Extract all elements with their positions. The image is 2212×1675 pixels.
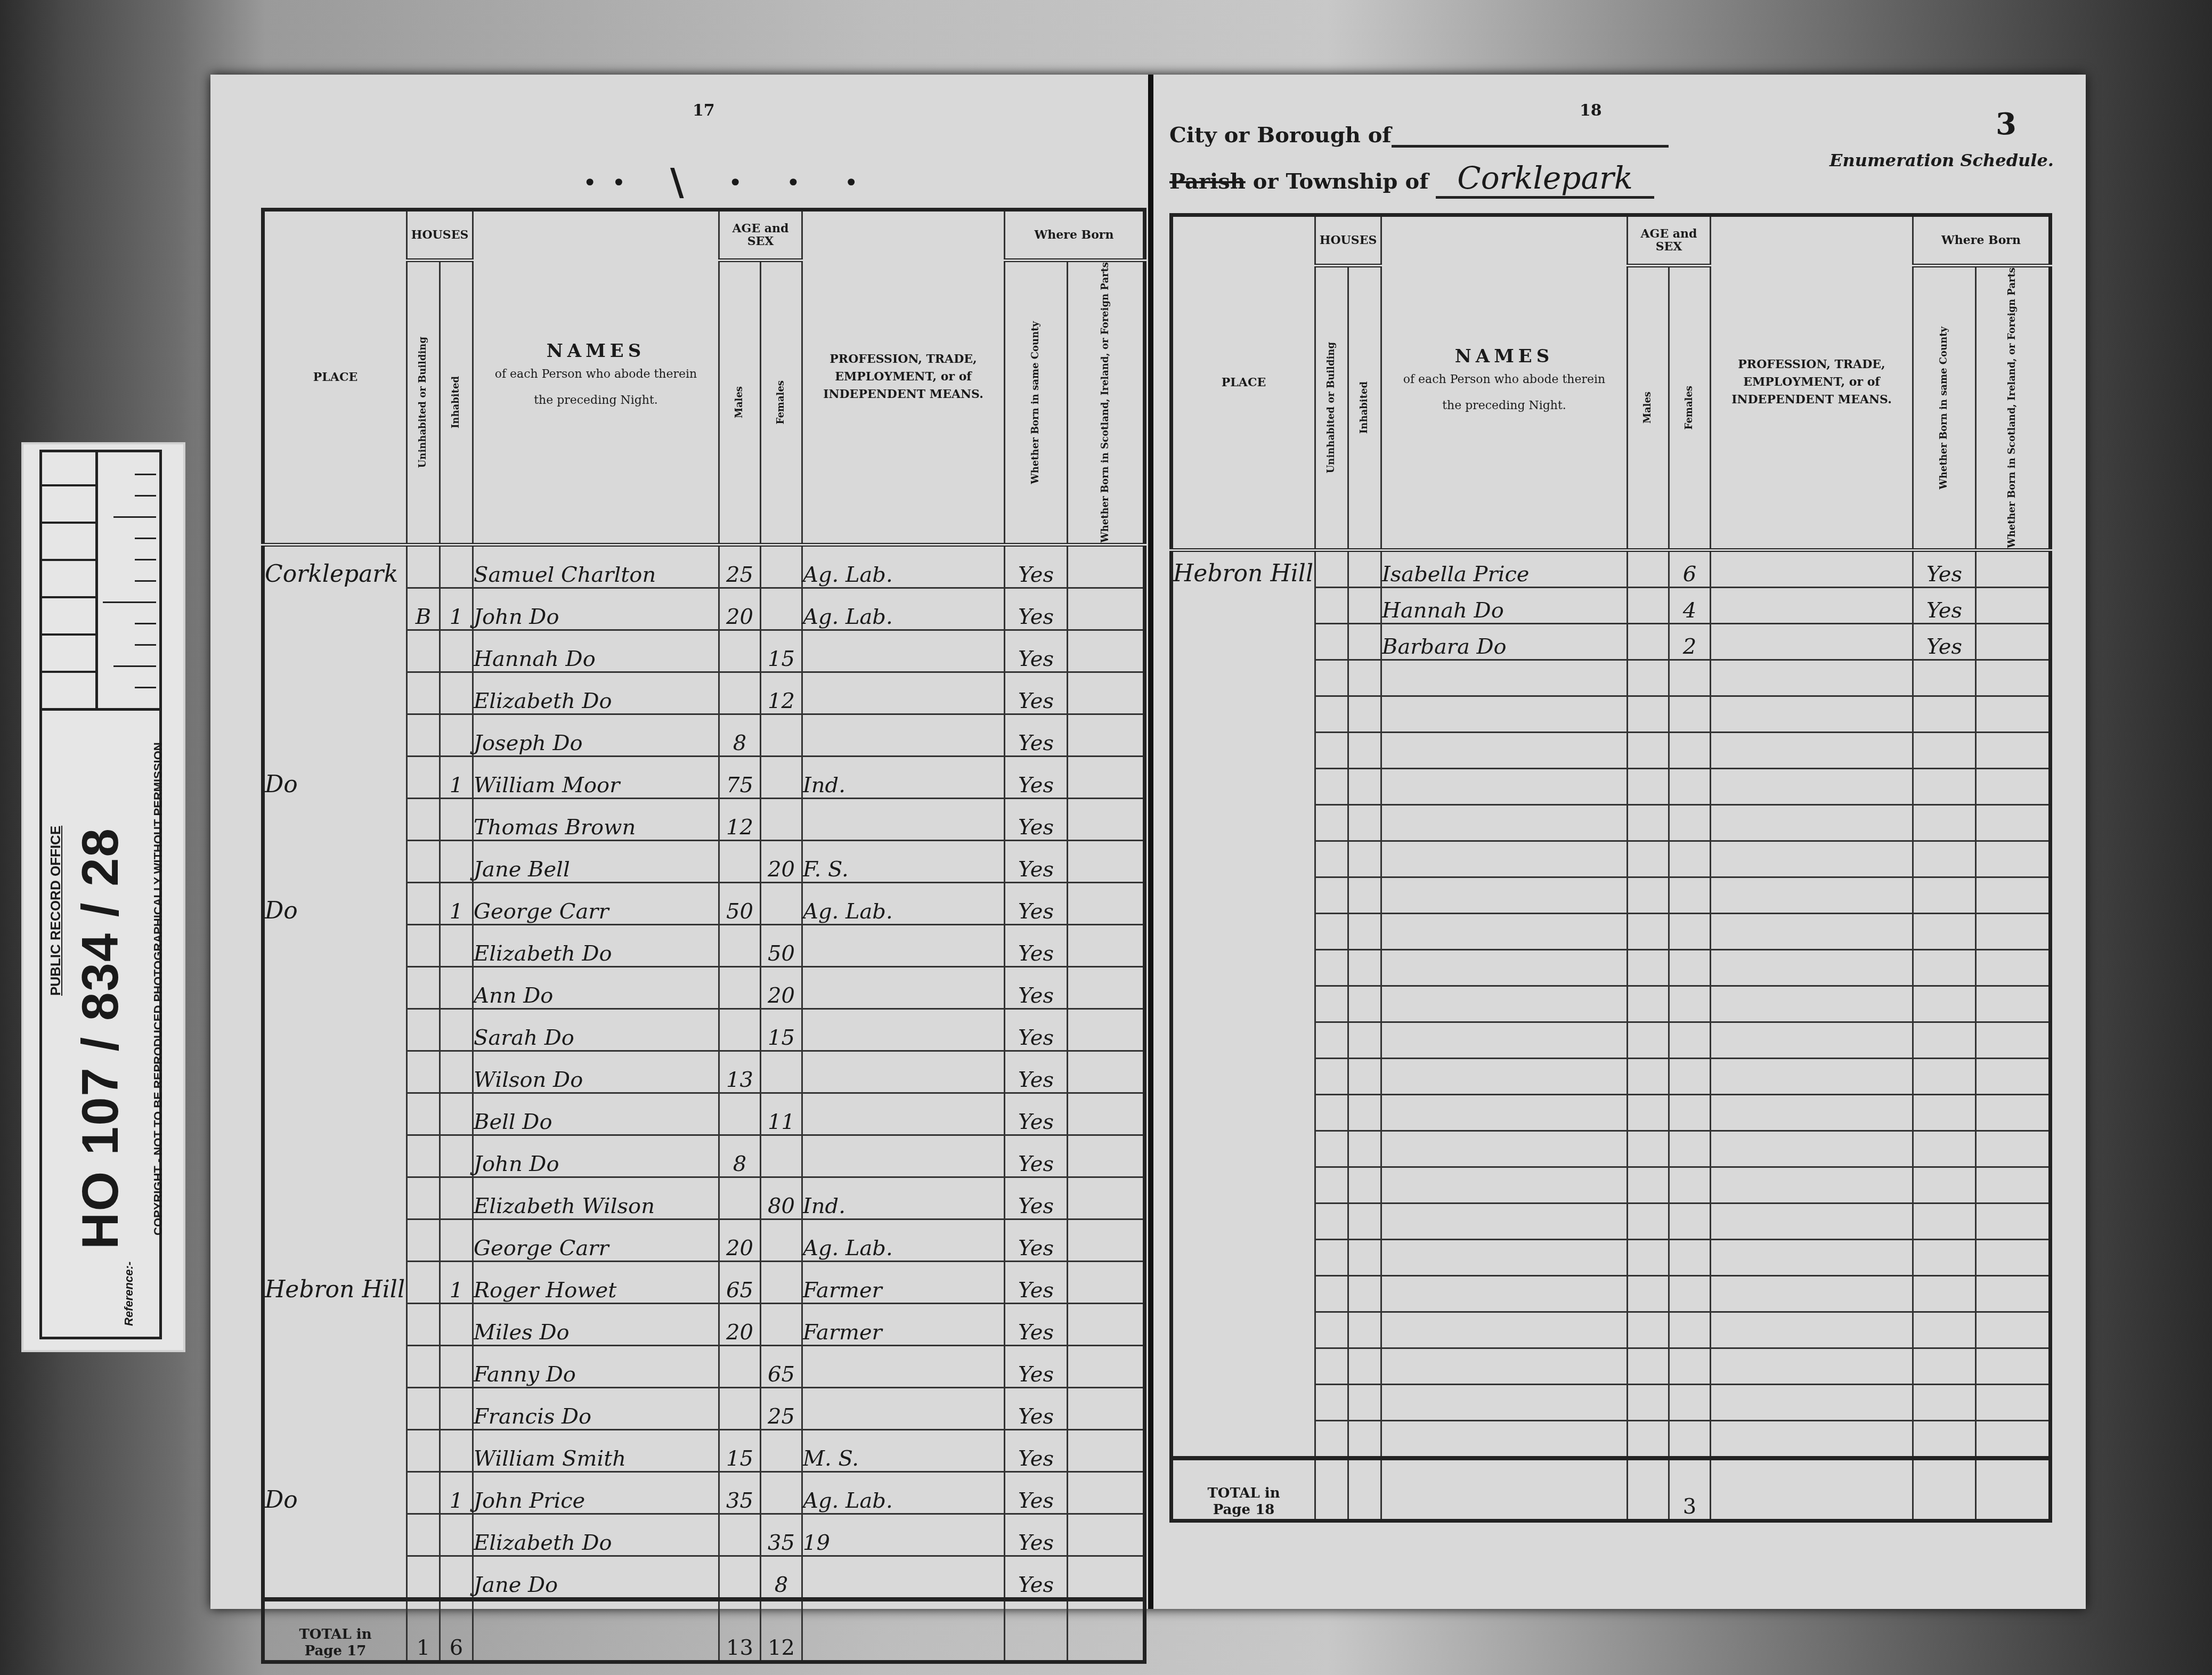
blank-row (1172, 1348, 2051, 1384)
name-cell: Bell Do (473, 1093, 719, 1135)
place-cell: Do (263, 756, 407, 798)
name-cell: George Carr (473, 1219, 719, 1261)
inhabited-cell (440, 1429, 473, 1471)
parish-struck: Parish (1169, 169, 1246, 194)
table-row: Elizabeth Do50Yes (263, 924, 1145, 966)
name-cell: Elizabeth Do (473, 1514, 719, 1556)
page-number: 17 (693, 101, 715, 120)
female-age-cell (761, 1219, 802, 1261)
uninhabited-cell (407, 924, 440, 966)
male-age-cell: 15 (719, 1429, 761, 1471)
table-row: Bell Do11Yes (263, 1093, 1145, 1135)
col-houses: HOUSES (1315, 215, 1381, 266)
female-age-cell (761, 798, 802, 840)
born-elsewhere-cell (1068, 798, 1145, 840)
inhabited-cell: 1 (440, 882, 473, 924)
born-elsewhere-cell (1068, 966, 1145, 1009)
female-age-cell (761, 1471, 802, 1514)
born-same-county-cell: Yes (1005, 1345, 1068, 1387)
male-age-cell (719, 966, 761, 1009)
uninhabited-cell (407, 1135, 440, 1177)
born-same-county-cell: Yes (1005, 544, 1068, 588)
profession-cell: Farmer (802, 1261, 1005, 1303)
schedule-number: 3 (1996, 107, 2016, 142)
schedule-label: Enumeration Schedule. (1829, 150, 2054, 170)
table-row: Hannah Do4Yes (1172, 587, 2051, 623)
profession-cell (802, 714, 1005, 756)
born-elsewhere-cell (1068, 1471, 1145, 1514)
uninhabited-cell (407, 1303, 440, 1345)
name-cell: George Carr (473, 882, 719, 924)
name-cell: William Moor (473, 756, 719, 798)
uninhabited-cell (407, 1177, 440, 1219)
born-same-county-cell: Yes (1913, 550, 1976, 587)
uninhabited-cell (407, 714, 440, 756)
table-row: CorkleparkSamuel Charlton25Ag. Lab.Yes (263, 544, 1145, 588)
blank-row (1172, 1312, 2051, 1348)
female-age-cell: 2 (1669, 623, 1711, 660)
uninhabited-cell (407, 798, 440, 840)
profession-cell: 19 (802, 1514, 1005, 1556)
born-elsewhere-cell (1068, 756, 1145, 798)
born-elsewhere-cell (1068, 1177, 1145, 1219)
female-age-cell: 11 (761, 1093, 802, 1135)
born-elsewhere-cell (1068, 1009, 1145, 1051)
uninhabited-cell (407, 1219, 440, 1261)
total-females: 12 (761, 1599, 802, 1662)
total-males: 13 (719, 1599, 761, 1662)
male-age-cell: 20 (719, 1303, 761, 1345)
place-cell (263, 1345, 407, 1387)
reference-label: Reference:- (122, 1262, 136, 1326)
female-age-cell: 20 (761, 840, 802, 882)
name-cell: Fanny Do (473, 1345, 719, 1387)
female-age-cell: 65 (761, 1345, 802, 1387)
name-cell: Thomas Brown (473, 798, 719, 840)
female-age-cell (761, 544, 802, 588)
blank-row (1172, 1167, 2051, 1203)
col-females: Females (761, 261, 802, 545)
blank-row (1172, 1420, 2051, 1458)
inhabited-cell (440, 798, 473, 840)
blank-row (1172, 732, 2051, 768)
name-cell: Samuel Charlton (473, 544, 719, 588)
blank-row (1172, 1094, 2051, 1131)
col-inhabited: Inhabited (440, 261, 473, 545)
name-cell: Hannah Do (473, 630, 719, 672)
blank-row (1172, 1275, 2051, 1312)
col-where-born: Where Born (1005, 210, 1145, 261)
total-label: TOTAL inPage 18 (1172, 1458, 1315, 1521)
inhabited-cell (440, 1051, 473, 1093)
table-row: Hannah Do15Yes (263, 630, 1145, 672)
male-age-cell (1628, 550, 1669, 587)
table-row: Do1George Carr50Ag. Lab.Yes (263, 882, 1145, 924)
name-cell: Jane Bell (473, 840, 719, 882)
table-row: Hebron HillIsabella Price6Yes (1172, 550, 2051, 587)
col-females: Females (1669, 266, 1711, 550)
inhabited-cell (440, 1009, 473, 1051)
place-cell: Hebron Hill (263, 1261, 407, 1303)
place-cell (263, 924, 407, 966)
blank-row (1172, 1058, 2051, 1094)
table-row: Ann Do20Yes (263, 966, 1145, 1009)
born-elsewhere-cell (1068, 588, 1145, 630)
blank-row (1172, 696, 2051, 732)
blank-row (1172, 804, 2051, 841)
col-where-born: Where Born (1913, 215, 2051, 266)
uninhabited-cell (407, 672, 440, 714)
born-same-county-cell: Yes (1005, 672, 1068, 714)
female-age-cell (761, 714, 802, 756)
table-row: Jane Do8Yes (263, 1556, 1145, 1599)
born-same-county-cell: Yes (1005, 1429, 1068, 1471)
born-same-county-cell: Yes (1005, 882, 1068, 924)
female-age-cell: 15 (761, 1009, 802, 1051)
profession-cell: Ind. (802, 756, 1005, 798)
born-same-county-cell: Yes (1005, 1556, 1068, 1599)
female-age-cell: 12 (761, 672, 802, 714)
born-elsewhere-cell (1068, 882, 1145, 924)
col-born-same-county: Whether Born in same County (1913, 266, 1976, 550)
female-age-cell: 50 (761, 924, 802, 966)
total-row: TOTAL inPage 183 (1172, 1458, 2051, 1521)
place-cell (263, 798, 407, 840)
col-names: NAMES of each Person who abode therein t… (473, 210, 719, 545)
uninhabited-cell (407, 1093, 440, 1135)
inhabited-cell (440, 1135, 473, 1177)
inhabited-cell (440, 1345, 473, 1387)
profession-cell: Ag. Lab. (802, 588, 1005, 630)
profession-cell (802, 1009, 1005, 1051)
total-row: TOTAL inPage 17161312 (263, 1599, 1145, 1662)
table-row: Wilson Do13Yes (263, 1051, 1145, 1093)
born-elsewhere-cell (1068, 924, 1145, 966)
born-same-county-cell: Yes (1005, 924, 1068, 966)
female-age-cell: 80 (761, 1177, 802, 1219)
table-row: John Do8Yes (263, 1135, 1145, 1177)
place-cell (263, 1009, 407, 1051)
col-age-sex: AGE and SEX (719, 210, 802, 261)
uninhabited-cell (407, 1429, 440, 1471)
born-elsewhere-cell (1068, 1556, 1145, 1599)
total-inhabited: 6 (440, 1599, 473, 1662)
male-age-cell (719, 1177, 761, 1219)
col-names: NAMES of each Person who abode therein t… (1381, 215, 1628, 550)
born-same-county-cell: Yes (1005, 798, 1068, 840)
born-same-county-cell: Yes (1005, 1009, 1068, 1051)
table-row: Do1William Moor75Ind.Yes (263, 756, 1145, 798)
total-label: TOTAL inPage 17 (263, 1599, 407, 1662)
inhabited-cell: 1 (440, 588, 473, 630)
profession-cell: Ind. (802, 1177, 1005, 1219)
born-elsewhere-cell (1068, 630, 1145, 672)
female-age-cell: 15 (761, 630, 802, 672)
born-elsewhere-cell (1068, 1514, 1145, 1556)
scale-ruler (42, 452, 159, 711)
table-row: William Smith15M. S.Yes (263, 1429, 1145, 1471)
uninhabited-cell (1315, 587, 1348, 623)
born-same-county-cell: Yes (1005, 840, 1068, 882)
township-field: Parish or Township of Corklepark (1169, 160, 1654, 196)
inhabited-cell (1348, 623, 1381, 660)
male-age-cell: 20 (719, 588, 761, 630)
name-cell: Wilson Do (473, 1051, 719, 1093)
inhabited-cell (1348, 587, 1381, 623)
male-age-cell: 50 (719, 882, 761, 924)
name-cell: Roger Howet (473, 1261, 719, 1303)
female-age-cell: 4 (1669, 587, 1711, 623)
born-elsewhere-cell (1068, 1051, 1145, 1093)
inhabited-cell (440, 840, 473, 882)
reference-card: PUBLIC RECORD OFFICE HO 107 / 834 / 28 C… (21, 442, 185, 1352)
name-cell: Elizabeth Wilson (473, 1177, 719, 1219)
place-cell: Do (263, 882, 407, 924)
profession-cell (1711, 587, 1913, 623)
name-cell: Isabella Price (1381, 550, 1628, 587)
col-males: Males (1628, 266, 1669, 550)
col-profession: PROFESSION, TRADE, EMPLOYMENT, or of IND… (802, 210, 1005, 545)
male-age-cell (719, 630, 761, 672)
male-age-cell (719, 1009, 761, 1051)
female-age-cell: 35 (761, 1514, 802, 1556)
born-same-county-cell: Yes (1913, 587, 1976, 623)
profession-cell: F. S. (802, 840, 1005, 882)
uninhabited-cell (407, 1261, 440, 1303)
female-age-cell: 25 (761, 1387, 802, 1429)
born-same-county-cell: Yes (1005, 756, 1068, 798)
name-cell: Sarah Do (473, 1009, 719, 1051)
name-cell: Elizabeth Do (473, 924, 719, 966)
reference-code: HO 107 / 834 / 28 (71, 827, 130, 1249)
place-cell (1172, 587, 1315, 623)
record-office-label: PUBLIC RECORD OFFICE (47, 826, 64, 996)
born-same-county-cell: Yes (1005, 1514, 1068, 1556)
uninhabited-cell (407, 1051, 440, 1093)
male-age-cell (1628, 623, 1669, 660)
blank-row (1172, 986, 2051, 1022)
born-elsewhere-cell (1068, 1429, 1145, 1471)
blank-row (1172, 841, 2051, 877)
male-age-cell (719, 840, 761, 882)
inhabited-cell (440, 924, 473, 966)
col-place: PLACE (263, 210, 407, 545)
place-cell (263, 714, 407, 756)
profession-cell: Ag. Lab. (802, 1219, 1005, 1261)
place-cell (263, 588, 407, 630)
inhabited-cell (440, 672, 473, 714)
male-age-cell (719, 1514, 761, 1556)
place-cell (263, 1429, 407, 1471)
uninhabited-cell (407, 966, 440, 1009)
profession-cell (802, 1556, 1005, 1599)
col-place: PLACE (1172, 215, 1315, 550)
place-cell (263, 1093, 407, 1135)
census-table-left: PLACE HOUSES NAMES of each Person who ab… (261, 208, 1146, 1664)
born-same-county-cell: Yes (1005, 1261, 1068, 1303)
born-same-county-cell: Yes (1005, 966, 1068, 1009)
uninhabited-cell (1315, 623, 1348, 660)
inhabited-cell (440, 1219, 473, 1261)
col-profession: PROFESSION, TRADE, EMPLOYMENT, or of IND… (1711, 215, 1913, 550)
blank-row (1172, 1239, 2051, 1275)
table-row: B1John Do20Ag. Lab.Yes (263, 588, 1145, 630)
left-page: 17 ·· \ · · · PLACE HOUSES NAMES of each… (210, 75, 1148, 1609)
male-age-cell: 65 (719, 1261, 761, 1303)
profession-cell (802, 672, 1005, 714)
inhabited-cell (440, 1387, 473, 1429)
page-gutter (1148, 75, 1153, 1609)
place-cell (263, 966, 407, 1009)
profession-cell (802, 966, 1005, 1009)
place-cell (263, 1051, 407, 1093)
name-cell: Barbara Do (1381, 623, 1628, 660)
table-row: George Carr20Ag. Lab.Yes (263, 1219, 1145, 1261)
inhabited-cell (440, 630, 473, 672)
born-elsewhere-cell (1068, 672, 1145, 714)
place-cell (263, 1219, 407, 1261)
total-uninhabited (1315, 1458, 1348, 1521)
place-cell (263, 672, 407, 714)
col-uninhabited: Uninhabited or Building (1315, 266, 1348, 550)
uninhabited-cell (407, 1345, 440, 1387)
inhabited-cell: 1 (440, 1261, 473, 1303)
uninhabited-cell (407, 882, 440, 924)
uninhabited-cell (407, 630, 440, 672)
born-same-county-cell: Yes (1005, 1303, 1068, 1345)
name-cell: Jane Do (473, 1556, 719, 1599)
name-cell: Miles Do (473, 1303, 719, 1345)
table-row: Barbara Do2Yes (1172, 623, 2051, 660)
ink-marks: ·· \ · · · (583, 160, 874, 204)
profession-cell (1711, 550, 1913, 587)
blank-row (1172, 1384, 2051, 1420)
total-uninhabited: 1 (407, 1599, 440, 1662)
table-row: Do1John Price35Ag. Lab.Yes (263, 1471, 1145, 1514)
place-cell: Do (263, 1471, 407, 1514)
table-row: Thomas Brown12Yes (263, 798, 1145, 840)
uninhabited-cell (1315, 550, 1348, 587)
profession-cell (802, 1051, 1005, 1093)
female-age-cell (761, 1429, 802, 1471)
blank-row (1172, 913, 2051, 949)
profession-cell: Ag. Lab. (802, 882, 1005, 924)
born-elsewhere-cell (1068, 1387, 1145, 1429)
female-age-cell (761, 1051, 802, 1093)
col-houses: HOUSES (407, 210, 473, 261)
inhabited-cell (440, 1177, 473, 1219)
born-elsewhere-cell (1068, 1303, 1145, 1345)
profession-cell (1711, 623, 1913, 660)
male-age-cell: 35 (719, 1471, 761, 1514)
profession-cell (802, 924, 1005, 966)
table-row: Francis Do25Yes (263, 1387, 1145, 1429)
name-cell: Elizabeth Do (473, 672, 719, 714)
born-elsewhere-cell (1068, 1345, 1145, 1387)
male-age-cell (719, 672, 761, 714)
born-elsewhere-cell (1068, 544, 1145, 588)
male-age-cell (719, 1387, 761, 1429)
blank-row (1172, 660, 2051, 696)
col-inhabited: Inhabited (1348, 266, 1381, 550)
place-cell: Corklepark (263, 544, 407, 588)
name-cell: John Price (473, 1471, 719, 1514)
profession-cell: Ag. Lab. (802, 544, 1005, 588)
place-cell (263, 1387, 407, 1429)
male-age-cell (719, 1093, 761, 1135)
born-same-county-cell: Yes (1005, 1051, 1068, 1093)
copyright-notice: COPYRIGHT - NOT TO BE REPRODUCED PHOTOGR… (151, 742, 165, 1235)
table-row: Sarah Do15Yes (263, 1009, 1145, 1051)
born-same-county-cell: Yes (1005, 1387, 1068, 1429)
male-age-cell: 20 (719, 1219, 761, 1261)
inhabited-cell (440, 966, 473, 1009)
place-cell (263, 1303, 407, 1345)
female-age-cell: 20 (761, 966, 802, 1009)
profession-cell: Ag. Lab. (802, 1471, 1005, 1514)
blank-row (1172, 949, 2051, 986)
name-cell: John Do (473, 588, 719, 630)
born-elsewhere-cell (1068, 840, 1145, 882)
place-cell (263, 1177, 407, 1219)
uninhabited-cell: B (407, 588, 440, 630)
inhabited-cell (440, 1556, 473, 1599)
inhabited-cell (440, 544, 473, 588)
born-same-county-cell: Yes (1005, 1471, 1068, 1514)
col-age-sex: AGE and SEX (1628, 215, 1711, 266)
table-row: Fanny Do65Yes (263, 1345, 1145, 1387)
total-inhabited (1348, 1458, 1381, 1521)
male-age-cell: 75 (719, 756, 761, 798)
born-same-county-cell: Yes (1913, 623, 1976, 660)
profession-cell (802, 630, 1005, 672)
place-cell (263, 630, 407, 672)
table-row: Elizabeth Do12Yes (263, 672, 1145, 714)
blank-row (1172, 1022, 2051, 1058)
place-cell (263, 1514, 407, 1556)
table-row: Hebron Hill1Roger Howet65FarmerYes (263, 1261, 1145, 1303)
male-age-cell: 13 (719, 1051, 761, 1093)
right-page: 18 City or Borough of Parish or Township… (1153, 75, 2086, 1609)
inhabited-cell: 1 (440, 1471, 473, 1514)
born-same-county-cell: Yes (1005, 1177, 1068, 1219)
female-age-cell (761, 756, 802, 798)
census-table-right: PLACE HOUSES NAMES of each Person who ab… (1169, 213, 2052, 1523)
inhabited-cell (440, 1303, 473, 1345)
township-value: Corklepark (1436, 160, 1654, 199)
born-elsewhere-cell (1068, 1093, 1145, 1135)
born-same-county-cell: Yes (1005, 1093, 1068, 1135)
name-cell: John Do (473, 1135, 719, 1177)
male-age-cell: 25 (719, 544, 761, 588)
table-row: Joseph Do8Yes (263, 714, 1145, 756)
col-born-same-county: Whether Born in same County (1005, 261, 1068, 545)
born-elsewhere-cell (1976, 587, 2051, 623)
born-elsewhere-cell (1068, 714, 1145, 756)
inhabited-cell: 1 (440, 756, 473, 798)
profession-cell (802, 1345, 1005, 1387)
col-uninhabited: Uninhabited or Building (407, 261, 440, 545)
born-same-county-cell: Yes (1005, 1135, 1068, 1177)
city-borough-field: City or Borough of (1169, 123, 1669, 148)
inhabited-cell (440, 714, 473, 756)
born-same-county-cell: Yes (1005, 588, 1068, 630)
col-born-elsewhere: Whether Born in Scotland, Ireland, or Fo… (1976, 266, 2051, 550)
born-same-county-cell: Yes (1005, 630, 1068, 672)
profession-cell (802, 1093, 1005, 1135)
male-age-cell (1628, 587, 1669, 623)
table-row: Miles Do20FarmerYes (263, 1303, 1145, 1345)
